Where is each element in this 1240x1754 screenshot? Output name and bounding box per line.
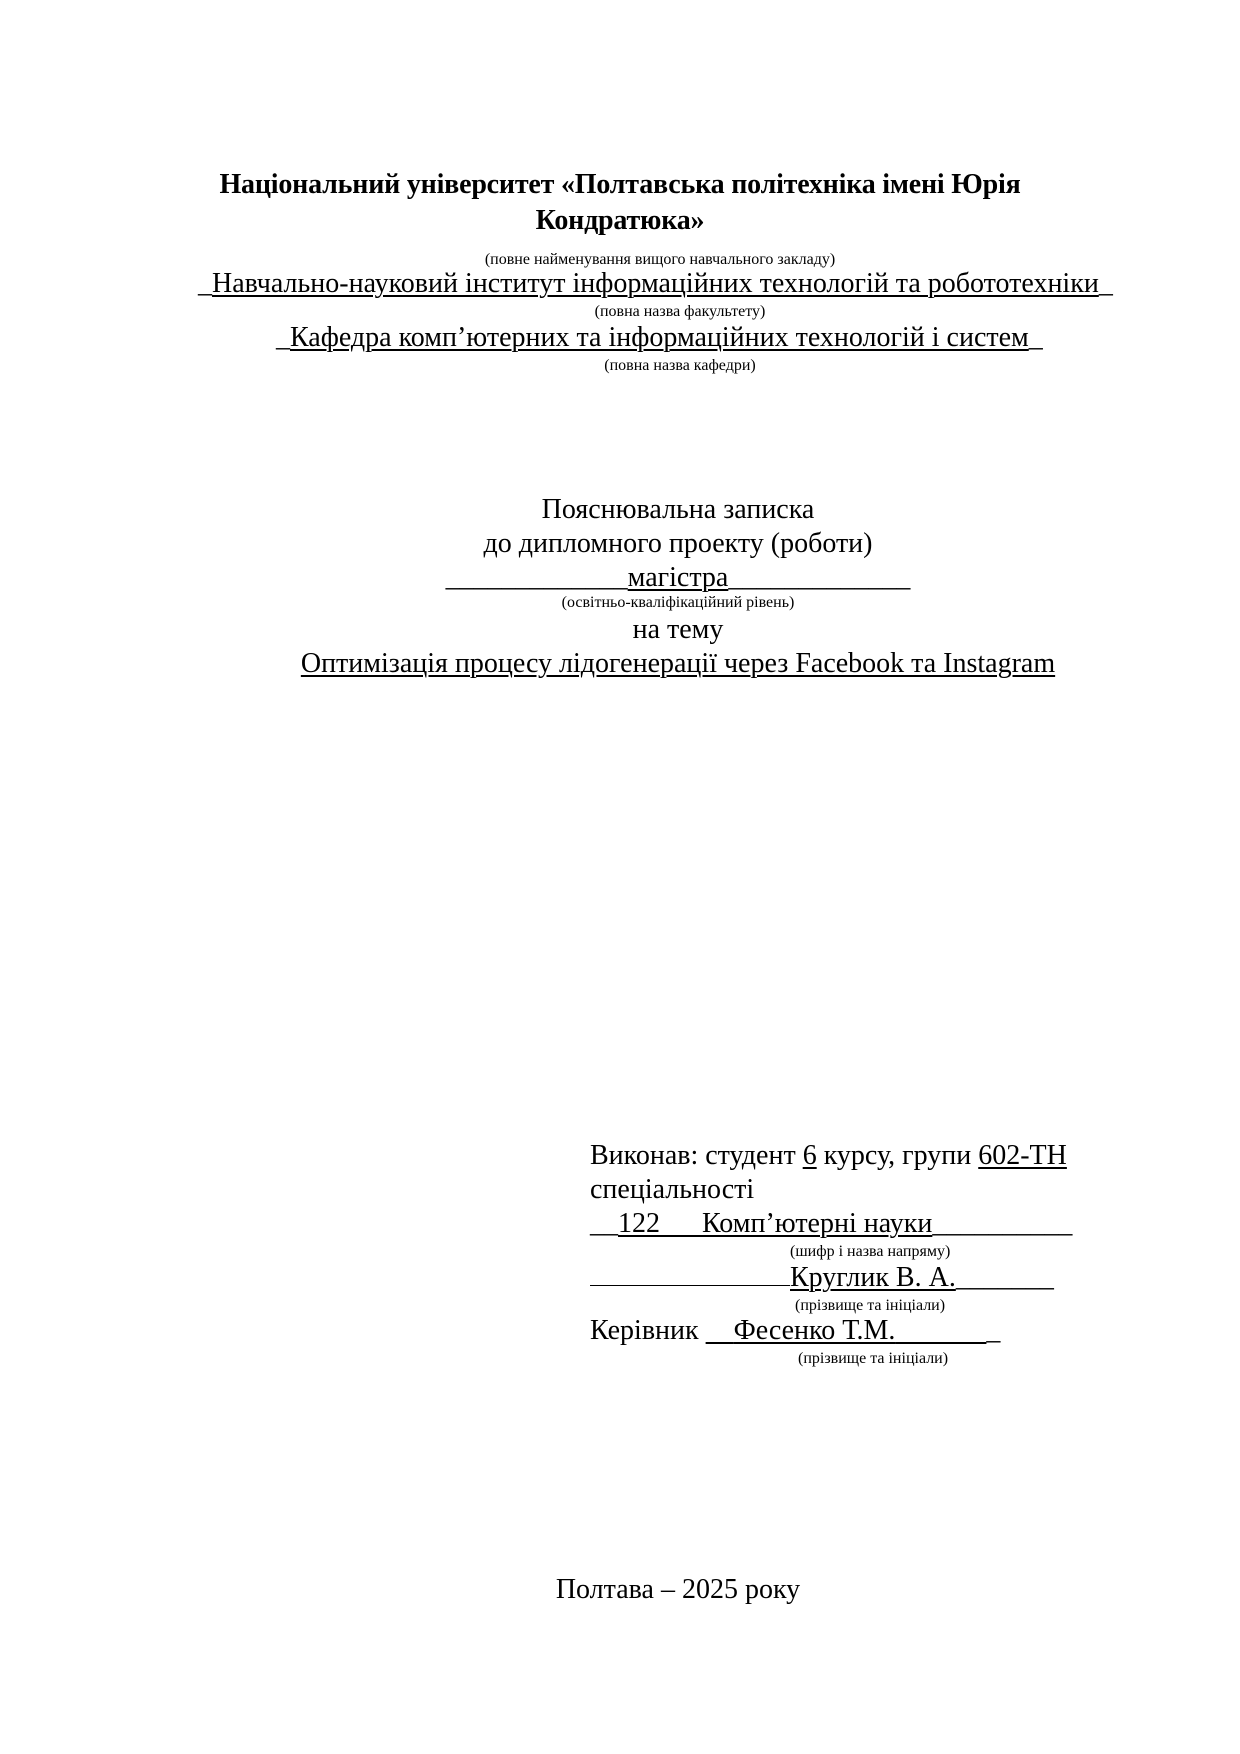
institute-suffix: _ — [1099, 268, 1113, 299]
student-fill — [590, 1261, 790, 1286]
department-name: Кафедра комп’ютерних та інформаційних те… — [290, 322, 1029, 353]
specialty-line: __122 Комп’ютерні науки__________ — [590, 1208, 1072, 1240]
supervisor-label: Керівник — [590, 1315, 706, 1346]
topic-title: Оптимізація процесу лідогенерації через … — [58, 648, 1240, 680]
topic-label: на тему — [58, 614, 1240, 646]
specialty-code-name: 122 Комп’ютерні науки — [618, 1208, 932, 1239]
group-number: 602-ТН — [978, 1140, 1067, 1171]
supervisor-name-field: Фесенко Т.М. — [706, 1315, 987, 1346]
student-name: Круглик В. А. — [790, 1262, 956, 1293]
specialty-prefix: __ — [590, 1208, 618, 1239]
degree-right-fill: _____________ — [728, 562, 910, 593]
degree-left-fill: _____________ — [446, 562, 628, 593]
document-type-line2: до дипломного проекту (роботи) — [58, 528, 1240, 560]
supervisor-line: Керівник Фесенко Т.М. _ — [590, 1315, 1000, 1347]
course-number: 6 — [803, 1140, 817, 1171]
university-name-line2: Кондратюка» — [0, 203, 1240, 239]
supervisor-name: Фесенко Т.М. — [734, 1315, 896, 1346]
student-suffix: _______ — [956, 1262, 1054, 1293]
student-line: Круглик В. А._______ — [590, 1261, 1054, 1294]
document-type-line1: Пояснювальна записка — [58, 494, 1240, 526]
department-prefix: _ — [276, 322, 290, 353]
performed-by-line: Виконав: студент 6 курсу, групи 602-ТН — [590, 1140, 1067, 1172]
specialty-code: 122 — [618, 1208, 660, 1239]
supervisor-caption: (прізвище та ініціали) — [798, 1350, 948, 1368]
student-caption: (прізвище та ініціали) — [795, 1297, 945, 1315]
specialty-label: спеціальності — [590, 1174, 754, 1206]
department-line: _Кафедра комп’ютерних та інформаційних т… — [276, 322, 1043, 354]
institute-name: Навчально-науковий інститут інформаційни… — [212, 268, 1099, 299]
institute-prefix: _ — [198, 268, 212, 299]
degree-value: магістра — [628, 562, 729, 593]
institute-line: _Навчально-науковий інститут інформаційн… — [198, 268, 1113, 300]
performed-prefix: Виконав: студент — [590, 1140, 803, 1171]
institute-caption: (повна назва факультету) — [60, 303, 1240, 321]
specialty-suffix: __________ — [932, 1208, 1072, 1239]
specialty-name: Комп’ютерні науки — [702, 1208, 932, 1239]
degree-line: _____________магістра_____________ — [58, 562, 1240, 594]
university-name-line1: Національний університет «Полтавська пол… — [0, 167, 1240, 203]
course-suffix: курсу, групи — [817, 1140, 979, 1171]
department-suffix: _ — [1029, 322, 1043, 353]
department-caption: (повна назва кафедри) — [60, 357, 1240, 375]
city-year: Полтава – 2025 року — [58, 1574, 1240, 1606]
degree-caption: (освітньо-кваліфікаційний рівень) — [58, 594, 1240, 612]
specialty-caption: (шифр і назва напряму) — [790, 1243, 950, 1261]
university-caption: (повне найменування вищого навчального з… — [40, 251, 1240, 269]
supervisor-suffix: _ — [986, 1315, 1000, 1346]
topic-text: Оптимізація процесу лідогенерації через … — [301, 648, 1055, 679]
